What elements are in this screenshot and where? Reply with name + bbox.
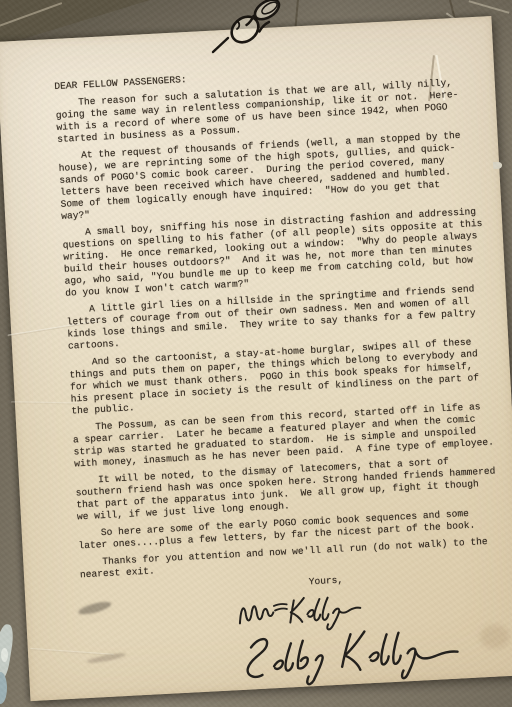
selby-kelly-signature <box>229 618 466 694</box>
scrapbook-page: DEAR FELLOW PASSENGERS: The reason for s… <box>0 0 512 707</box>
pushpin-icon <box>205 0 295 57</box>
letter-paper: DEAR FELLOW PASSENGERS: The reason for s… <box>0 16 512 701</box>
letter-closing: Yours, <box>308 566 512 589</box>
letter-body: DEAR FELLOW PASSENGERS: The reason for s… <box>54 58 512 702</box>
letter-paragraphs: The reason for such a salutation is that… <box>55 75 512 581</box>
torn-edge <box>1 648 8 662</box>
